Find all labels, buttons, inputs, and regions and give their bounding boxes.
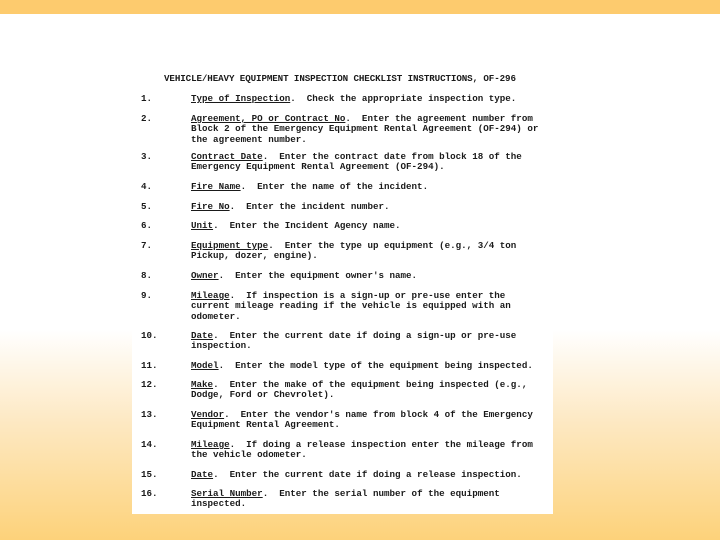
item-number: 7. — [141, 241, 152, 251]
item-label: Make — [191, 379, 213, 390]
item-number: 13. — [141, 410, 158, 420]
item-number: 3. — [141, 152, 152, 162]
item-body: Make. Enter the make of the equipment be… — [191, 380, 551, 401]
item-label: Equipment type — [191, 240, 268, 251]
item-label: Type of Inspection — [191, 93, 290, 104]
item-text: . Enter the equipment owner's name. — [219, 270, 417, 281]
item-text: . Enter the Incident Agency name. — [213, 220, 400, 231]
item-number: 12. — [141, 380, 158, 390]
item-label: Date — [191, 469, 213, 480]
item-body: Fire Name. Enter the name of the inciden… — [191, 182, 551, 192]
item-text: . Enter the name of the incident. — [241, 181, 428, 192]
item-label: Unit — [191, 220, 213, 231]
item-body: Agreement, PO or Contract No. Enter the … — [191, 114, 551, 145]
item-body: Date. Enter the current date if doing a … — [191, 470, 551, 480]
item-number: 2. — [141, 114, 152, 124]
item-number: 11. — [141, 361, 158, 371]
item-label: Fire No — [191, 201, 230, 212]
item-body: Fire No. Enter the incident number. — [191, 202, 551, 212]
item-label: Contract Date — [191, 151, 263, 162]
item-number: 9. — [141, 291, 152, 301]
top-decorative-band — [0, 0, 720, 14]
item-body: Date. Enter the current date if doing a … — [191, 331, 551, 352]
item-body: Owner. Enter the equipment owner's name. — [191, 271, 551, 281]
item-body: Contract Date. Enter the contract date f… — [191, 152, 551, 173]
item-label: Date — [191, 330, 213, 341]
item-number: 5. — [141, 202, 152, 212]
item-number: 1. — [141, 94, 152, 104]
item-body: Serial Number. Enter the serial number o… — [191, 489, 551, 510]
item-label: Mileage — [191, 290, 230, 301]
item-number: 15. — [141, 470, 158, 480]
item-number: 8. — [141, 271, 152, 281]
item-label: Agreement, PO or Contract No — [191, 113, 345, 124]
item-text: . Enter the current date if doing a rele… — [213, 469, 522, 480]
item-text: . Enter the current date if doing a sign… — [191, 330, 516, 351]
item-label: Serial Number — [191, 488, 263, 499]
item-label: Fire Name — [191, 181, 241, 192]
item-number: 4. — [141, 182, 152, 192]
item-body: Type of Inspection. Check the appropriat… — [191, 94, 551, 104]
item-text: . If doing a release inspection enter th… — [191, 439, 533, 460]
item-label: Vendor — [191, 409, 224, 420]
item-body: Mileage. If inspection is a sign-up or p… — [191, 291, 551, 322]
item-label: Owner — [191, 270, 219, 281]
item-body: Vendor. Enter the vendor's name from blo… — [191, 410, 551, 431]
item-number: 16. — [141, 489, 158, 499]
item-text: . Enter the vendor's name from block 4 o… — [191, 409, 533, 430]
item-number: 10. — [141, 331, 158, 341]
item-text: . Check the appropriate inspection type. — [290, 93, 516, 104]
item-body: Equipment type. Enter the type up equipm… — [191, 241, 551, 262]
item-text: . If inspection is a sign-up or pre-use … — [191, 290, 511, 322]
item-text: . Enter the make of the equipment being … — [191, 379, 527, 400]
item-text: . Enter the model type of the equipment … — [219, 360, 533, 371]
item-body: Mileage. If doing a release inspection e… — [191, 440, 551, 461]
item-label: Model — [191, 360, 219, 371]
item-label: Mileage — [191, 439, 230, 450]
item-body: Model. Enter the model type of the equip… — [191, 361, 551, 371]
item-number: 14. — [141, 440, 158, 450]
item-number: 6. — [141, 221, 152, 231]
item-text: . Enter the incident number. — [230, 201, 390, 212]
document-title: VEHICLE/HEAVY EQUIPMENT INSPECTION CHECK… — [164, 73, 516, 84]
item-body: Unit. Enter the Incident Agency name. — [191, 221, 551, 231]
